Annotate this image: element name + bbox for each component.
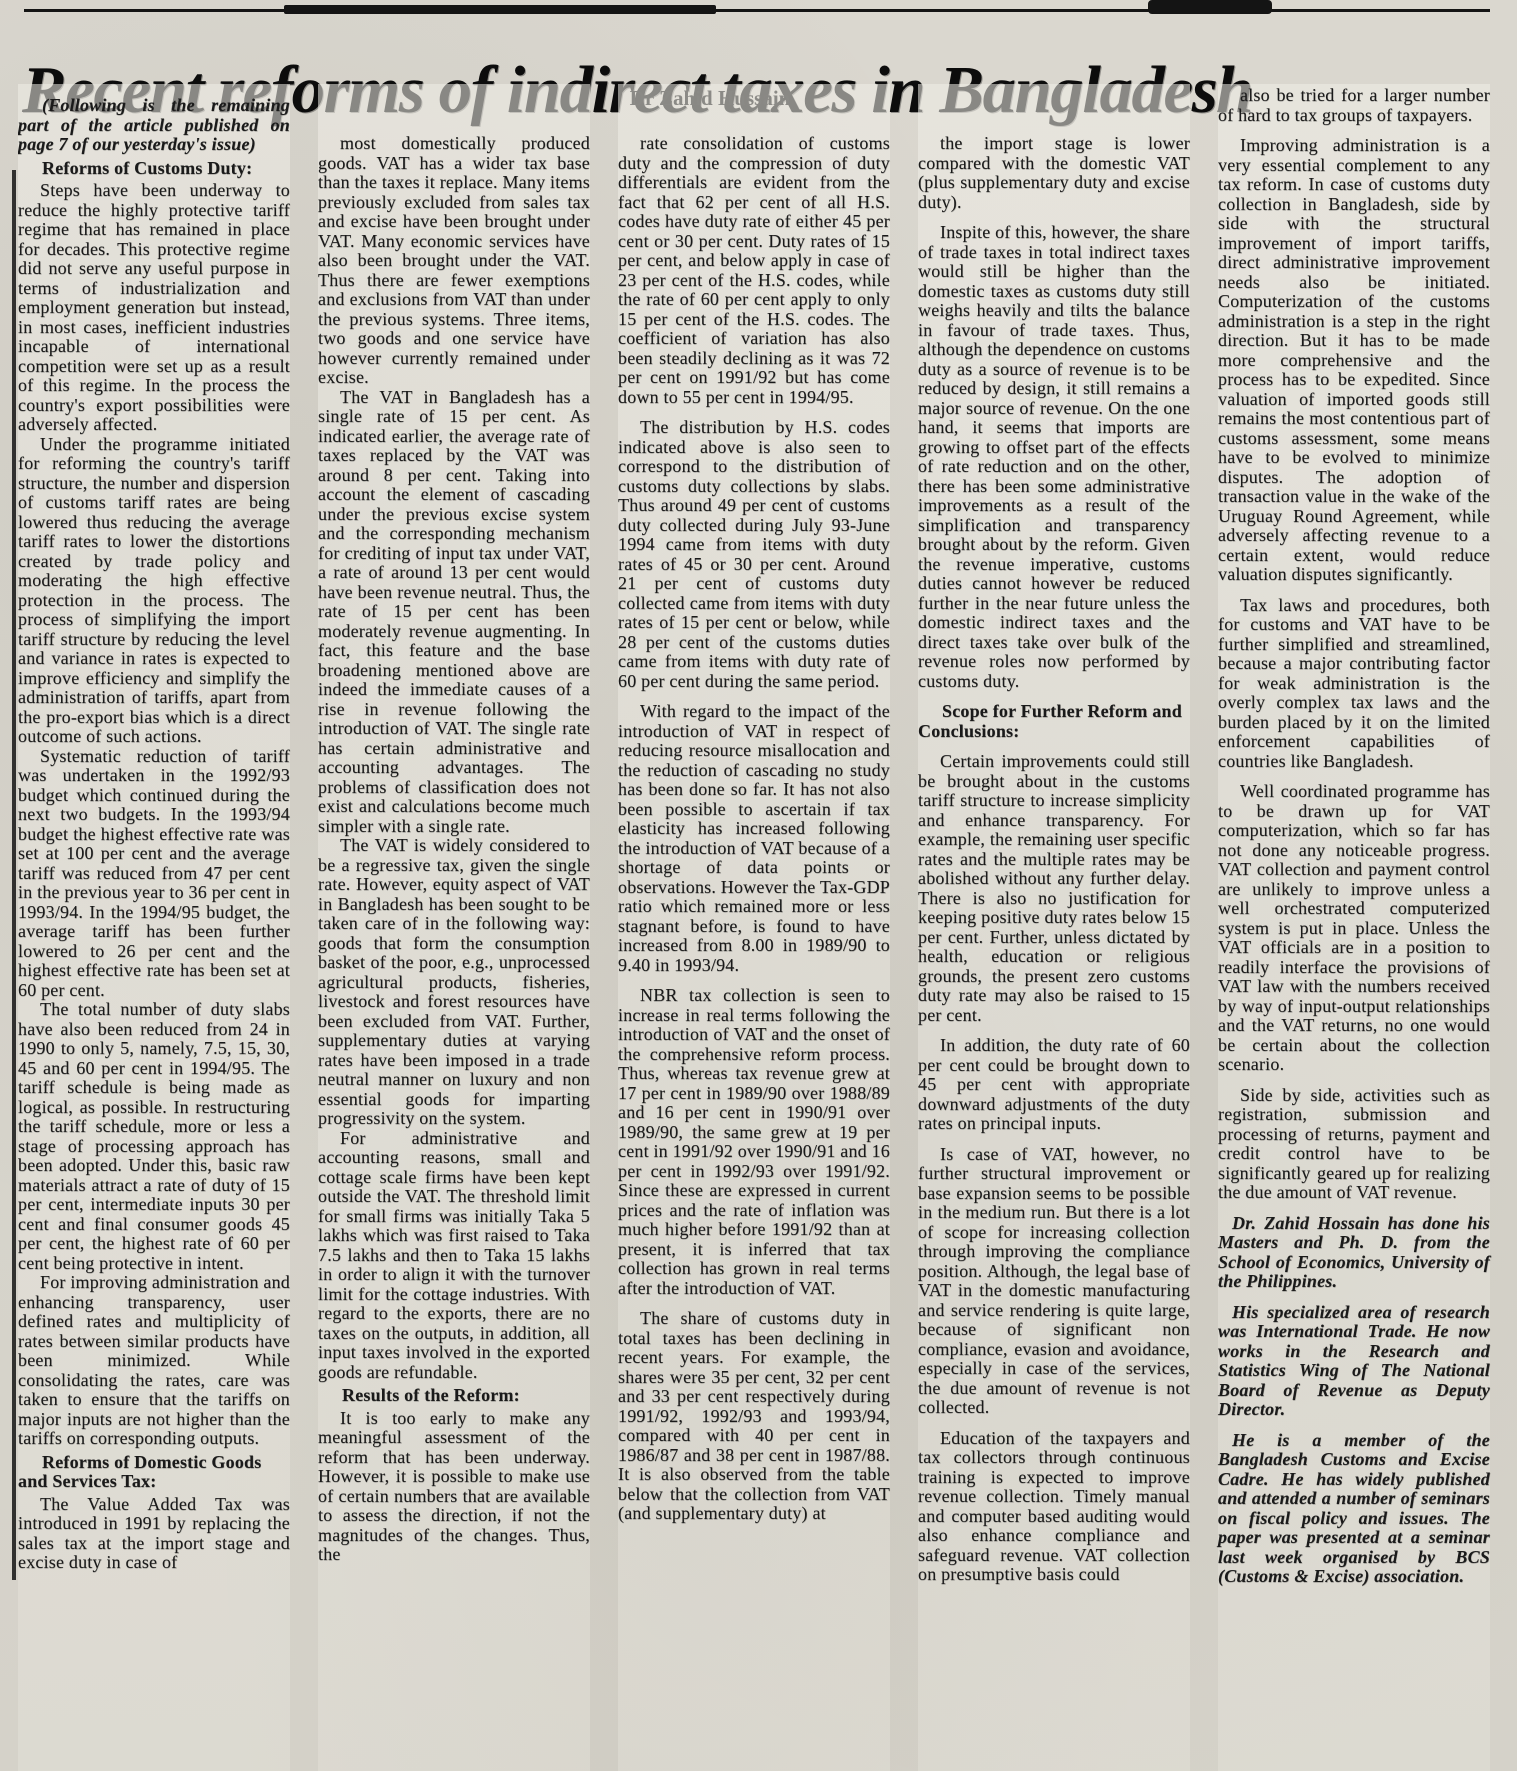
paragraph: The distribution by H.S. codes indicated…	[618, 418, 890, 691]
column-5: also be tried for a larger number of har…	[1218, 84, 1490, 1771]
paragraph: Is case of VAT, however, no further stru…	[918, 1145, 1190, 1418]
section-heading-customs-duty: Reforms of Customs Duty:	[18, 159, 290, 179]
scan-artifact-left-edge	[12, 170, 16, 1580]
paragraph: NBR tax collection is seen to increase i…	[618, 986, 890, 1298]
column-4: the import stage is lower compared with …	[918, 84, 1190, 1771]
paragraph: Systematic reduction of tariff was under…	[18, 747, 290, 1001]
column-2: most domestically produced goods. VAT ha…	[318, 84, 590, 1771]
paragraph: Improving administration is a very essen…	[1218, 136, 1490, 585]
paragraph: The VAT is widely considered to be a reg…	[318, 836, 590, 1129]
paragraph: Certain improvements could still be brou…	[918, 752, 1190, 1025]
scan-artifact-top-right	[1148, 0, 1272, 14]
article-body: (Following is the remaining part of the …	[18, 84, 1499, 1771]
paragraph: rate consolidation of customs duty and t…	[618, 134, 890, 407]
top-rule-thick-segment	[284, 5, 716, 14]
paragraph: For improving administration and enhanci…	[18, 1273, 290, 1449]
paragraph: the import stage is lower compared with …	[918, 134, 1190, 212]
paragraph: The total number of duty slabs have also…	[18, 1000, 290, 1273]
paragraph: Side by side, activities such as registr…	[1218, 1086, 1490, 1203]
newspaper-page: { "page": { "title": "Recent reforms of …	[0, 0, 1517, 1771]
section-heading-domestic-goods: Reforms of Domestic Goods and Services T…	[18, 1453, 290, 1492]
author-bio: His specialized area of research was Int…	[1218, 1303, 1490, 1420]
column-1: (Following is the remaining part of the …	[18, 84, 290, 1771]
author-bio: He is a member of the Bangladesh Customs…	[1218, 1431, 1490, 1587]
editor-note: (Following is the remaining part of the …	[18, 96, 290, 155]
paragraph: Inspite of this, however, the share of t…	[918, 223, 1190, 691]
paragraph: Well coordinated programme has to be dra…	[1218, 782, 1490, 1075]
paragraph: The share of customs duty in total taxes…	[618, 1309, 890, 1524]
paragraph: Steps have been underway to reduce the h…	[18, 181, 290, 435]
paragraph: The VAT in Bangladesh has a single rate …	[318, 388, 590, 837]
paragraph: For administrative and accounting reason…	[318, 1129, 590, 1383]
paragraph: With regard to the impact of the introdu…	[618, 702, 890, 975]
paragraph: most domestically produced goods. VAT ha…	[318, 134, 590, 388]
paragraph: In addition, the duty rate of 60 per cen…	[918, 1036, 1190, 1134]
author-bio: Dr. Zahid Hossain has done his Masters a…	[1218, 1214, 1490, 1292]
paragraph: It is too early to make any meaningful a…	[318, 1409, 590, 1565]
section-heading-results: Results of the Reform:	[318, 1386, 590, 1406]
column-3: rate consolidation of customs duty and t…	[618, 84, 890, 1771]
paragraph: The Value Added Tax was introduced in 19…	[18, 1495, 290, 1573]
paragraph: Tax laws and procedures, both for custom…	[1218, 596, 1490, 772]
paragraph: Under the programme initiated for reform…	[18, 435, 290, 747]
section-heading-scope: Scope for Further Reform and Conclusions…	[918, 702, 1190, 741]
paragraph: Education of the taxpayers and tax colle…	[918, 1429, 1190, 1585]
paragraph: also be tried for a larger number of har…	[1218, 86, 1490, 125]
